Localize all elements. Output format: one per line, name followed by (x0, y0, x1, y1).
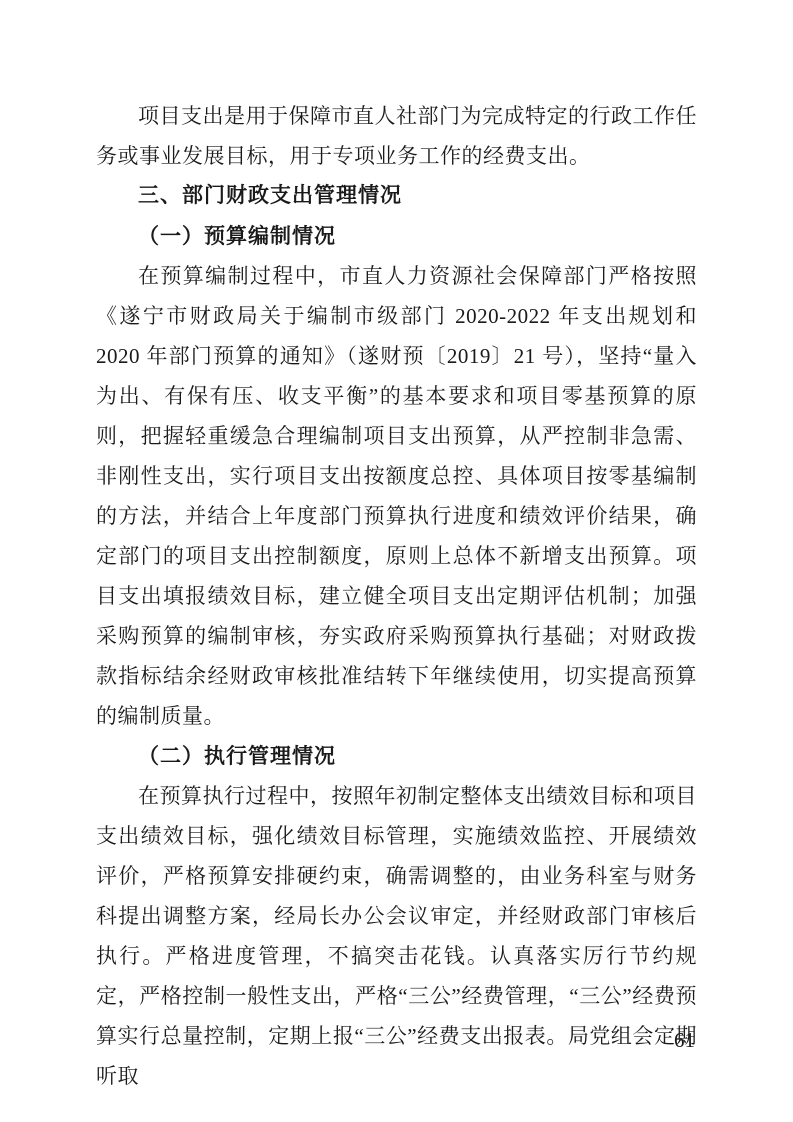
subsection-heading-budget-preparation: （一）预算编制情况 (96, 216, 697, 256)
section-heading-expenditure-management: 三、部门财政支出管理情况 (96, 176, 697, 216)
paragraph-execution-management: 在预算执行过程中，按照年初制定整体支出绩效目标和项目支出绩效目标，强化绩效目标管… (96, 776, 697, 1096)
paragraph-project-expenditure-definition: 项目支出是用于保障市直人社部门为完成特定的行政工作任务或事业发展目标，用于专项业… (96, 96, 697, 176)
page-number: 61 (674, 1026, 695, 1054)
page-content: 项目支出是用于保障市直人社部门为完成特定的行政工作任务或事业发展目标，用于专项业… (96, 96, 697, 1096)
document-page: 项目支出是用于保障市直人社部门为完成特定的行政工作任务或事业发展目标，用于专项业… (0, 0, 793, 1122)
paragraph-budget-preparation: 在预算编制过程中，市直人力资源社会保障部门严格按照《遂宁市财政局关于编制市级部门… (96, 256, 697, 736)
subsection-heading-execution-management: （二）执行管理情况 (96, 736, 697, 776)
